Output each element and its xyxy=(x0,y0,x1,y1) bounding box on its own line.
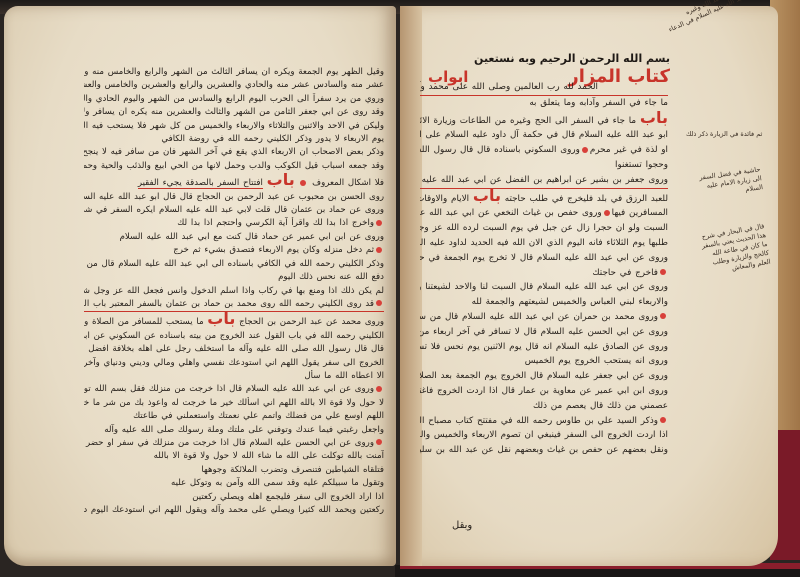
section-heading-line: فلا اشكال المعروف باب افتتاح السفر بالصد… xyxy=(84,173,384,190)
rubric-dot-icon xyxy=(376,386,382,392)
rubric-dot-icon xyxy=(582,147,588,153)
text-line: وروى عن ابي جعفر عليه السلام قال الخروج … xyxy=(420,369,668,384)
text-fragment: وروى حفص بن غياث النخعي عن ابي عبد الله … xyxy=(420,208,602,218)
side-margin-note: ثم فائدة في الزيارة ذكر ذلك xyxy=(686,130,762,139)
section-rubric: باب xyxy=(207,312,235,328)
section-heading: ما جاء في السفر الى الحج وغيره من الطاعا… xyxy=(420,116,636,126)
rubric-dot-icon xyxy=(660,417,666,423)
section-rubric: باب xyxy=(473,189,501,205)
text-line: المسافرين فيهاوروى حفص بن غياث النخعي عن… xyxy=(420,206,668,221)
text-line: وروى عن ابي الحسن عليه السلام قال لا تسا… xyxy=(420,325,668,340)
text-line: فاخرج في حاجتك xyxy=(420,266,668,281)
section-heading-line: باب ما جاء في السفر الى الحج وغيره من ال… xyxy=(420,111,668,129)
text-line: وروى عن ابي عبد الله عليه السلام قال الس… xyxy=(420,280,668,295)
right-page-text: الحمد لله رب العالمين وصلى الله على محمد… xyxy=(420,80,668,458)
text-line: طلبها يوم الثلاثاء فانه اليوم الذي الان … xyxy=(420,236,668,251)
text-line: يوم الاربعاء لا يدور وذكر الكليني رحمه ا… xyxy=(84,133,384,146)
text-line: ما جاء في السفر وآدابه وما يتعلق به xyxy=(420,96,668,111)
text-line: قال قال رسول الله صلى الله عليه وآله ما … xyxy=(84,343,384,356)
text-fragment: فاخرج في حاجتك xyxy=(592,268,658,278)
text-fragment: وروى محمد عن عبد الرحمن بن الحجاج xyxy=(239,317,384,327)
text-line: وروى جعفر بن بشير عن ابراهيم بن الفضل عن… xyxy=(420,173,668,189)
text-line: وذكر الكليني رحمه الله في الكافي باسناده… xyxy=(84,258,384,271)
text-line: وتقول ما سبيلكم عليه وقد سمى الله وآمن ب… xyxy=(84,477,384,490)
text-line: السبت ولو ان حجرا زال عن جبل في يوم السب… xyxy=(420,221,668,236)
rubric-dot-icon xyxy=(376,247,382,253)
opening-line: الحمد لله رب العالمين وصلى الله على محمد… xyxy=(420,80,668,96)
text-line: وروى محمد بن حمران عن ابي عبد الله عليه … xyxy=(420,310,668,325)
text-line: وذكر بعض الاصحاب ان الاربعاء الذي يقع في… xyxy=(84,146,384,159)
text-line: الكليني رحمه الله في باب القول عند الخرو… xyxy=(84,330,384,343)
section-rubric: باب xyxy=(640,111,668,127)
text-line: واخرج اذا بدا لك واقرأ آية الكرسي واحتجم… xyxy=(84,217,384,230)
catchword: وبقل xyxy=(452,520,472,531)
text-line: وروى عن حماد بن عثمان قال قلت لابي عبد ا… xyxy=(84,204,384,217)
text-line: فتلقاه الشياطين فتنصرف وتضرب الملائكة وج… xyxy=(84,464,384,477)
text-line: قد روى الكليني رحمه الله روى محمد بن حما… xyxy=(84,298,384,312)
text-fragment: ثم دخل منزله وكان يوم الاربعاء فتصدق بشي… xyxy=(173,245,374,255)
text-line: وقيل الظهر يوم الجمعة ويكره ان يسافر الث… xyxy=(84,66,384,79)
text-line: وليكن في الاحد والاثنين والثلاثاء والارب… xyxy=(84,120,384,133)
text-line: آمنت بالله توكلت على الله ما شاء الله لا… xyxy=(84,450,384,463)
text-line: وحجوا تستغنوا xyxy=(420,158,668,173)
text-fragment: وروى السكوني باسناده قال قال رسول الله ص… xyxy=(420,145,580,155)
rubric-dot-icon xyxy=(660,313,666,319)
text-line: الخروج الى سفر يقول اللهم اني استودعك نف… xyxy=(84,357,384,370)
section-rubric: باب xyxy=(267,173,295,189)
text-fragment: وروى عن ابي عبد الله عليه السلام قال اذا… xyxy=(84,384,374,394)
text-line: وقد روى عن ابي جعفر الثامن من الشهر والث… xyxy=(84,106,384,119)
text-fragment: وروى عن ابي الحسن عليه السلام قال اذا خر… xyxy=(84,438,374,448)
text-line: ركعتين ويحمد الله كثيرا ويصلي على محمد و… xyxy=(84,504,384,517)
rubric-dot-icon xyxy=(376,220,382,226)
text-fragment: للعبد الرزق في بلد فليخرج في طلب حاجته xyxy=(505,194,668,204)
text-fragment: قد روى الكليني رحمه الله روى محمد بن حما… xyxy=(84,299,374,309)
text-line: وروي من يرد سفراً الى الحرب اليوم الرابع… xyxy=(84,93,384,106)
text-line: وروى عن ابي الحسن عليه السلام قال اذا خر… xyxy=(84,437,384,450)
text-line: او لذة في غير محرموروى السكوني باسناده ق… xyxy=(420,143,668,158)
text-line: ثم دخل منزله وكان يوم الاربعاء فتصدق بشي… xyxy=(84,244,384,257)
text-line: لا حول ولا قوة الا بالله اللهم اني اسألك… xyxy=(84,397,384,410)
section-heading-line: للعبد الرزق في بلد فليخرج في طلب حاجته ب… xyxy=(420,189,668,207)
text-fragment: وروى محمد بن حمران عن ابي عبد الله عليه … xyxy=(420,312,658,322)
manuscript-scene: وقيل الظهر يوم الجمعة ويكره ان يسافر الث… xyxy=(0,0,800,577)
text-line: عصمني من ذلك قال يعصم من ذلك xyxy=(420,399,668,414)
section-heading-line: وروى محمد عن عبد الرحمن بن الحجاج باب ما… xyxy=(84,312,384,329)
text-line: لم يكن ذلك اذا ومنع بها في ركاب واذا اسل… xyxy=(84,285,384,298)
text-line: وروى عن ابي عبد الله عليه السلام قال اذا… xyxy=(84,383,384,396)
text-line: وروى ابن ابي عمير عن معاوية بن عمار قال … xyxy=(420,384,668,399)
text-line: ابو عبد الله عليه السلام قال في حكمة آل … xyxy=(420,128,668,143)
text-line: روى الحسن بن محبوب عن عبد الرحمن بن الحج… xyxy=(84,191,384,204)
section-heading: ما يستحب للمسافر من الصلاة والقول عند ال… xyxy=(84,317,204,327)
text-line: واجعل رغبتي فيما عندك وتوفني على ملتك وم… xyxy=(84,424,384,437)
text-line: وقد جمعه اسباب قيل الكوكب والدب وحمل لان… xyxy=(84,160,384,173)
text-fragment: وذكر السيد علي بن طاوس رحمه الله في مفتت… xyxy=(420,416,658,426)
text-line: وروى عن ابي عبد الله عليه السلام قال لا … xyxy=(420,251,668,266)
text-line: وروى انه يستحب الخروج يوم الخميس xyxy=(420,354,668,369)
text-line: دفع الله عنه نحس ذلك اليوم xyxy=(84,271,384,284)
left-page-text: وقيل الظهر يوم الجمعة ويكره ان يسافر الث… xyxy=(84,66,384,517)
text-fragment: واخرج اذا بدا لك واقرأ آية الكرسي واحتجم… xyxy=(177,218,374,228)
rubric-dot-icon xyxy=(300,180,306,186)
left-page: وقيل الظهر يوم الجمعة ويكره ان يسافر الث… xyxy=(4,6,396,566)
text-line: ونقل بعضهم عن حفص بن غياث وبعضهم نقل عن … xyxy=(420,443,668,458)
text-line: والاربعاء لبني العباس والخميس لشيعتهم وا… xyxy=(420,295,668,310)
text-line: الا اعطاه الله ما سأل xyxy=(84,370,384,383)
text-fragment: او لذة في غير محرم xyxy=(590,145,668,155)
text-line: اللهم اوسع علي من فضلك واتمم علي نعمتك و… xyxy=(84,410,384,423)
text-line: اذا اردت الخروج الى السفر فينبغي ان تصوم… xyxy=(420,428,668,443)
text-line: اذا اراد الخروج الى سفر فليجمع اهله ويصل… xyxy=(84,491,384,504)
text-line: وروى عن ابن ابي عمير عن حماد قال كنت مع … xyxy=(84,231,384,244)
rubric-dot-icon xyxy=(376,300,382,306)
text-fragment: المسافرين فيها xyxy=(612,208,668,218)
text-line: وذكر السيد علي بن طاوس رحمه الله في مفتت… xyxy=(420,414,668,429)
text-line: عشر منه والسادس عشر منه والحادي والعشرين… xyxy=(84,79,384,92)
rubric-dot-icon xyxy=(604,210,610,216)
rubric-dot-icon xyxy=(660,269,666,275)
section-heading: الايام والاوقات التي يستحب فيها السفر وا… xyxy=(420,194,469,204)
text-fragment: فلا اشكال المعروف xyxy=(312,178,384,188)
right-page-text-layer: الحمد لله رب العالمين وصلى الله على محمد… xyxy=(400,6,778,566)
section-heading: افتتاح السفر بالصدقة يجيء الفقير xyxy=(138,178,263,189)
text-line: وروى عن الصادق عليه السلام انه قال يوم ا… xyxy=(420,340,668,355)
rubric-dot-icon xyxy=(376,439,382,445)
